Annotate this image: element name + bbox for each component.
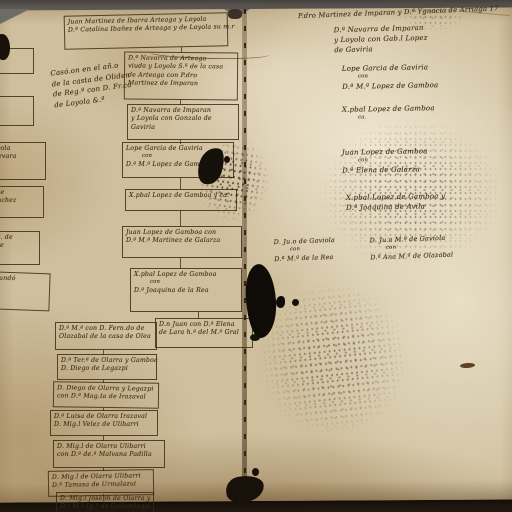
lineage-line: D.ª Joaquina de la Rea [134,287,238,295]
lineage-line: D.ª M.ª Ig.ª de Gallandegui [60,503,150,511]
edge-box-line: …de.ª de [0,242,36,250]
lineage-line: D. Diego de Legazpi [61,365,153,373]
edge-box: …yola S. de …de.ª de [0,231,40,265]
edge-box-line: …yola S. de [0,234,36,242]
right-entry: D. Ju.o de Gaviola con D.ª M.ª de la Rea [274,236,336,264]
tree-connector [180,178,181,189]
lineage-box: D. Diego de Olarra y Legazpi con D.ª Mag… [53,381,159,408]
edge-box: …ga de yola …p.e Guevara …na [0,142,46,180]
lineage-box: Juan Lopez de Gamboa con D.ª M.ª Martine… [122,226,242,258]
header-box: Juan Martinez de Ibarra Arteaga y Loyola… [64,12,229,49]
lineage-box: D.n Juan con D.ª Elena de Lara h.ª del M… [155,318,253,348]
lineage-box: D. Mig.l de Olarra Ulibarri con D.ª de.ª… [53,440,165,468]
edge-box-line: …ga de yola [0,145,42,153]
ink-blot [252,468,259,476]
speckle-field [318,118,503,268]
header-line: D.ª Catalina Ibañez de Arteaga y de Loyo… [68,24,224,36]
lineage-box: D.ª Navarra de Arteaga viuda y Loyola S.… [124,52,238,101]
edge-box-line: …na [0,162,42,170]
edge-box: …yela fundó …Junta [0,271,51,312]
lineage-line: D.ª M.ª Martinez de Galarza [126,237,238,245]
edge-box-line: …p.e Guevara [0,153,42,161]
lineage-line: de Lara h.ª del M.º Gral [159,329,249,337]
lineage-box: D.ª Ter.ª de Olarra y Gamboa D. Diego de… [57,354,157,380]
tree-connector [181,47,182,52]
tree-connector [103,408,104,411]
right-entry: Lope Garcia de Gaviria con D.ª M.ª Lopez… [342,62,439,92]
lineage-line: con D.ª Mag.ta de Irazaval [57,393,155,403]
edge-box-line: …mas [0,99,30,107]
edge-box-line: …D.ª Sanchez [0,197,40,205]
lineage-line: y Loyola con Gonzalo de [131,115,235,123]
tree-connector [180,100,181,105]
lineage-line: Olazabal de la casa de Olea [59,333,153,341]
tree-connector [103,436,104,441]
lineage-line: Gaviria [131,124,235,132]
lineage-line: D.ª Tamasa de Urmalazui [52,481,150,491]
tree-connector [180,211,181,226]
lineage-line: X.pbal Lopez de Gamboa [134,271,238,279]
lineage-box: D.ª Luisa de Olarra Irazaval D. Mig.l Ve… [50,410,158,436]
tree-connector [103,350,104,355]
tree-connector [103,467,104,471]
lineage-line: con D.ª de.ª Malvana Padilla [57,451,161,459]
lineage-line: D.ª Ter.ª de Olarra y Gamboa [61,357,153,365]
tree-connector [180,258,181,268]
lineage-line: D.ª Luisa de Olarra Irazaval [54,413,154,421]
lineage-line: D.ª Navarra de Imparan [131,107,235,115]
lineage-box: D.ª Navarra de Imparan y Loyola con Gonz… [127,104,239,140]
right-entry-line: X.pbal Lopez de Gamboa [342,103,435,115]
lineage-line: D. Mig.l Velez de Ulibarri [54,421,154,429]
lineage-line: Martinez de Imparan [128,80,234,89]
tree-connector [180,140,181,144]
ink-blot [228,9,242,19]
right-entry-line: D.ª M.ª Lopez de Gamboa [342,80,438,92]
lineage-line: D.ª M.ª con D. Fern.do de [59,325,153,333]
tree-connector [103,494,104,497]
edge-box-line: …Junta [0,282,46,293]
lineage-box: X.pbal Lopez de Gamboa con D.ª Joaquina … [130,268,242,312]
lineage-line: con [150,279,238,286]
lineage-box: D.ª M.ª con D. Fern.do de Olazabal de la… [55,322,157,350]
right-entry-line: Lope Garcia de Gaviria [342,62,438,74]
tree-connector [198,312,199,319]
edge-box-line: …ancha [0,107,30,115]
edge-box-line: …casas [0,59,30,67]
manuscript-photo: Juan Martinez de Ibarra Arteaga y Loyola… [0,0,512,512]
edge-box: …la S.ª de …D.ª Sanchez [0,186,44,218]
speckle-field [398,2,468,32]
tree-connector [103,380,104,383]
edge-box: …mas …ancha [0,96,34,126]
fold-stitching [244,9,246,501]
lineage-box: D. Mig.l Joseph de Olarra y D.ª M.ª Ig.ª… [56,492,154,512]
